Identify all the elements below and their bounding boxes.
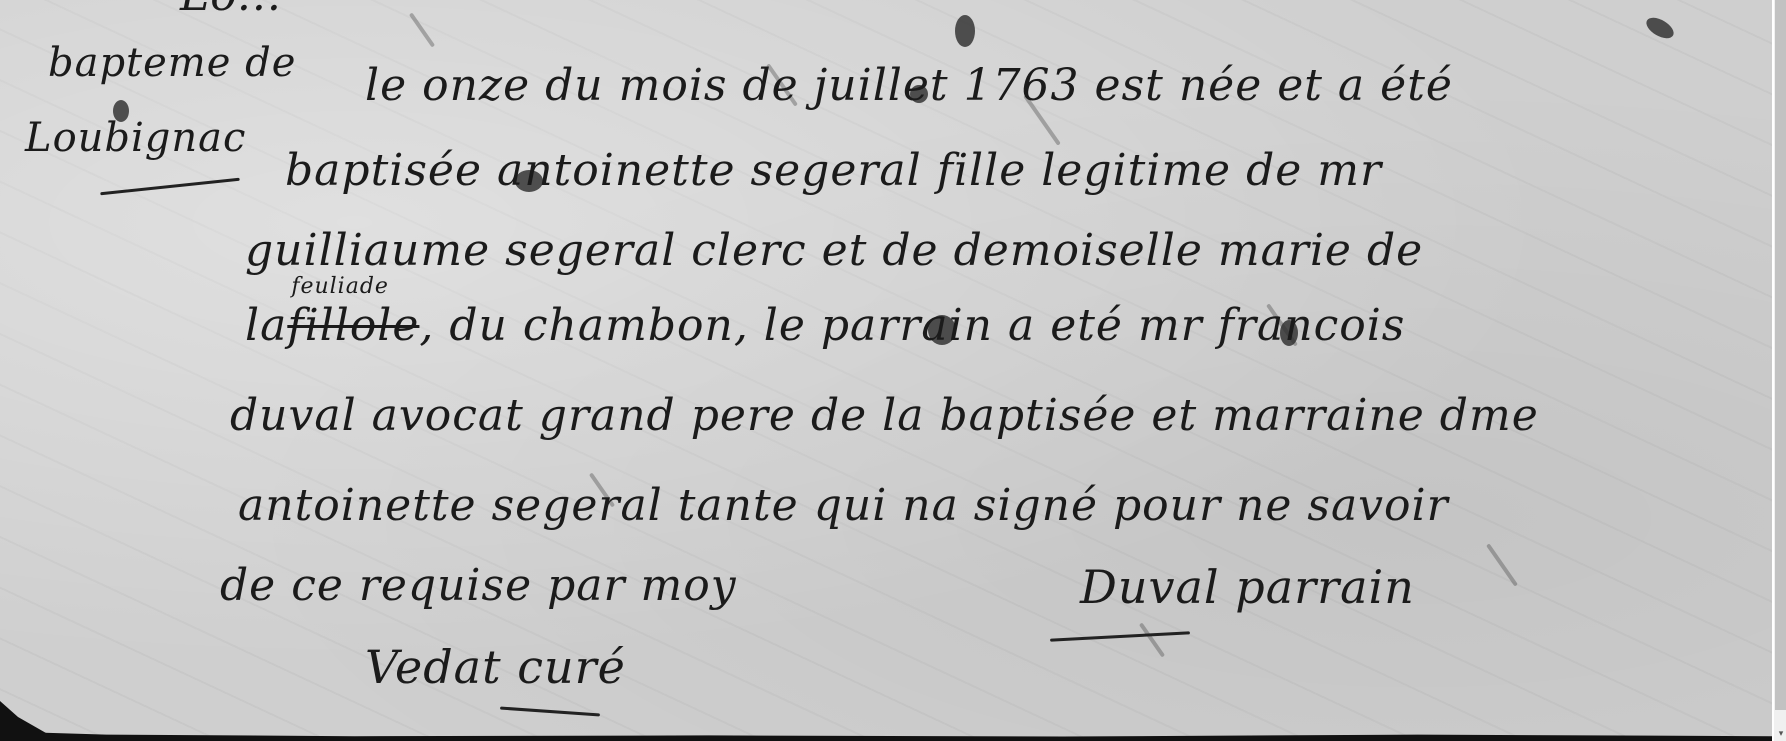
record-line-3: guilliaume segeral clerc et de demoisell… xyxy=(245,225,1423,276)
ink-blot xyxy=(955,15,975,47)
ink-bleed-mark xyxy=(409,12,435,47)
line4-suffix: , du chambon, le parrain a eté mr franco… xyxy=(419,300,1405,351)
margin-note-line2: Loubignac xyxy=(25,115,246,161)
ink-blot xyxy=(1643,14,1677,43)
priest-signature: Vedat curé xyxy=(365,640,626,694)
page-bottom-edge xyxy=(0,725,1772,741)
document-viewer: Lo... bapteme de Loubignac le onze du mo… xyxy=(0,0,1772,741)
vertical-scrollbar[interactable]: ▾ xyxy=(1772,0,1786,741)
scrollbar-thumb[interactable] xyxy=(1775,0,1786,710)
godfather-signature-flourish xyxy=(1050,631,1190,641)
margin-note-underline xyxy=(100,178,240,196)
record-line-7: de ce requise par moy xyxy=(220,560,737,611)
godfather-signature: Duval parrain xyxy=(1080,560,1415,614)
ink-bleed-mark xyxy=(1139,622,1165,657)
record-line-1: le onze du mois de juillet 1763 est née … xyxy=(365,60,1453,111)
record-line-5: duval avocat grand pere de la baptisée e… xyxy=(230,390,1539,441)
ink-bleed-mark xyxy=(1486,543,1518,586)
line4-prefix: la xyxy=(245,300,287,351)
scanned-page: Lo... bapteme de Loubignac le onze du mo… xyxy=(0,0,1772,741)
priest-signature-flourish xyxy=(500,707,600,717)
previous-entry-fragment: Lo... xyxy=(180,0,282,21)
record-line-6: antoinette segeral tante qui na signé po… xyxy=(238,480,1449,531)
scroll-down-arrow-icon[interactable]: ▾ xyxy=(1776,729,1786,739)
record-line-4: lafeuliadefillole, du chambon, le parrai… xyxy=(245,300,1405,351)
struck-word: fillole xyxy=(287,300,419,351)
insertion-above: feuliade xyxy=(291,274,389,299)
margin-note-line1: bapteme de xyxy=(48,40,296,86)
record-line-2: baptisée antoinette segeral fille legiti… xyxy=(285,145,1382,196)
